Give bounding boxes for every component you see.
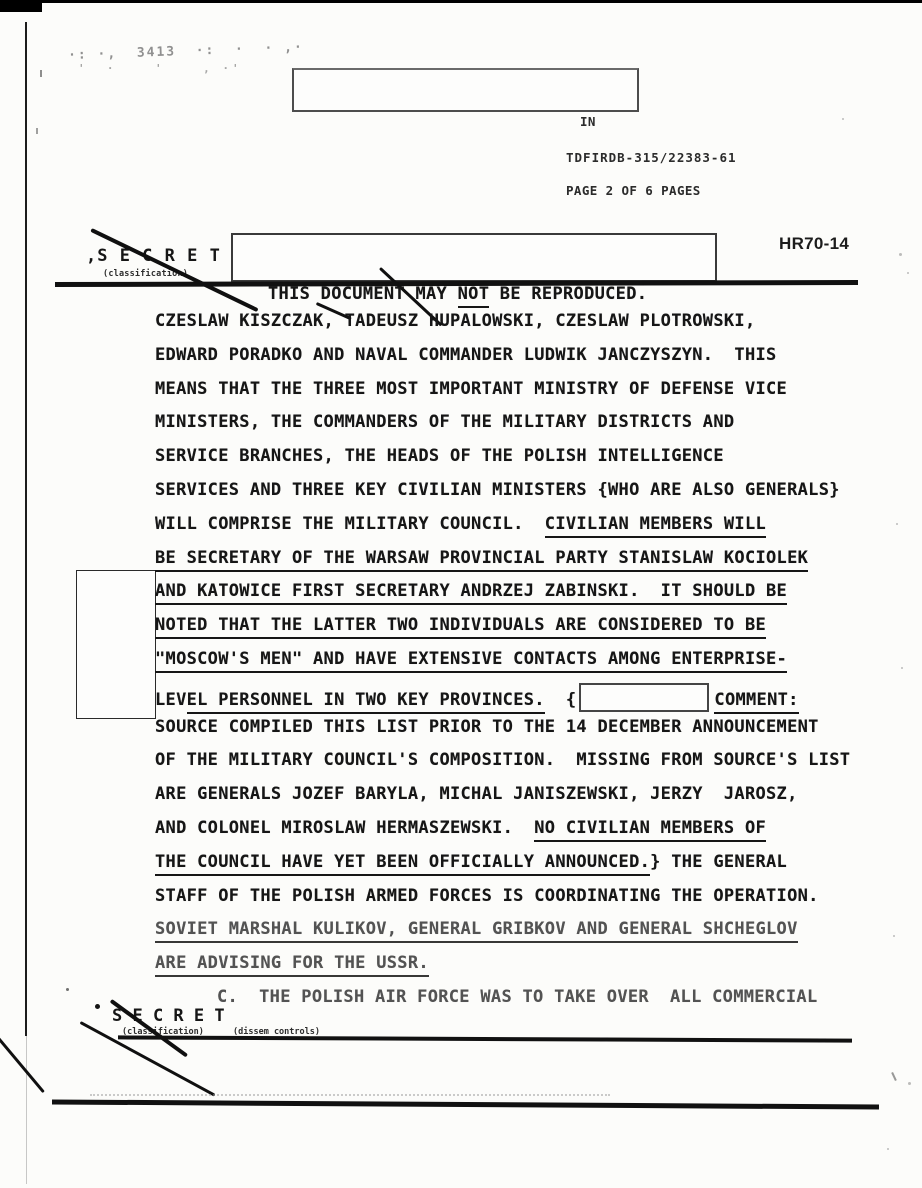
document-line: SERVICES AND THREE KEY CIVILIAN MINISTER…	[155, 480, 840, 500]
text-segment: MINISTERS, THE COMMANDERS OF THE MILITAR…	[155, 412, 734, 432]
underlined-text: COMMENT:	[714, 690, 798, 714]
reproduction-banner: THIS DOCUMENT MAY NOT BE REPRODUCED.	[268, 284, 647, 304]
underlined-text: NOT	[458, 284, 490, 308]
scan-left-margin-line	[25, 22, 27, 1036]
redaction-box-header	[292, 68, 639, 112]
underlined-text: CIVILIAN MEMBERS WILL	[545, 514, 766, 538]
page-count-line: PAGE 2 OF 6 PAGES	[566, 183, 701, 198]
document-line: BE SECRETARY OF THE WARSAW PROVINCIAL PA…	[155, 548, 808, 568]
text-segment: {	[545, 690, 577, 710]
scan-speckle	[842, 118, 844, 120]
text-segment: SERVICES AND THREE KEY CIVILIAN MINISTER…	[155, 480, 840, 500]
document-line: SOVIET MARSHAL KULIKOV, GENERAL GRIBKOV …	[155, 919, 798, 939]
classification-top-label: ,S E C R E T	[86, 246, 221, 266]
redaction-box-margin	[76, 570, 156, 719]
document-line: MEANS THAT THE THREE MOST IMPORTANT MINI…	[155, 379, 787, 399]
scan-stray-mark	[40, 70, 42, 77]
text-segment: EDWARD PORADKO AND NAVAL COMMANDER LUDWI…	[155, 345, 777, 365]
document-line: ARE ADVISING FOR THE USSR.	[155, 953, 429, 973]
underlined-text: THE COUNCIL HAVE YET BEEN OFFICIALLY ANN…	[155, 852, 650, 876]
bottom-rule-line	[52, 1099, 879, 1109]
redaction-box-classification	[231, 233, 717, 282]
document-line: AND COLONEL MIROSLAW HERMASZEWSKI. NO CI…	[155, 818, 766, 838]
document-line: SOURCE COMPILED THIS LIST PRIOR TO THE 1…	[155, 717, 819, 737]
scan-speckle	[907, 272, 909, 274]
faint-dots-mark: ' · ' , ·'	[78, 62, 242, 75]
scan-speckle	[887, 1148, 889, 1150]
inline-redaction-box	[579, 683, 709, 712]
hr-release-stamp: HR70-14	[779, 234, 849, 254]
scan-speckle-row	[90, 1094, 610, 1096]
scan-stray-mark	[36, 128, 38, 134]
text-segment: LEV	[155, 690, 187, 710]
text-segment: SERVICE BRANCHES, THE HEADS OF THE POLIS…	[155, 446, 724, 466]
document-line: AND KATOWICE FIRST SECRETARY ANDRZEJ ZAB…	[155, 581, 787, 601]
scan-speckle	[893, 935, 895, 937]
text-segment: } THE GENERAL	[650, 852, 787, 872]
document-line: WILL COMPRISE THE MILITARY COUNCIL. CIVI…	[155, 514, 766, 534]
underlined-text: EL PERSONNEL IN TWO KEY PROVINCES.	[187, 690, 545, 714]
scan-edge-corner	[0, 0, 42, 12]
strike-line	[0, 1033, 45, 1093]
document-line: MINISTERS, THE COMMANDERS OF THE MILITAR…	[155, 412, 734, 432]
text-segment: C. THE POLISH AIR FORCE WAS TO TAKE OVER…	[217, 987, 818, 1007]
text-segment: OF THE MILITARY COUNCIL'S COMPOSITION. M…	[155, 750, 850, 770]
document-line: NOTED THAT THE LATTER TWO INDIVIDUALS AR…	[155, 615, 766, 635]
underlined-text: AND KATOWICE FIRST SECRETARY ANDRZEJ ZAB…	[155, 581, 787, 605]
underlined-text: ARE ADVISING FOR THE USSR.	[155, 953, 429, 977]
document-line: CZESLAW KISZCZAK, TADEUSZ HUPALOWSKI, CZ…	[155, 311, 756, 331]
in-label: IN	[580, 114, 596, 129]
text-segment: STAFF OF THE POLISH ARMED FORCES IS COOR…	[155, 886, 819, 906]
underlined-text: SOVIET MARSHAL KULIKOV, GENERAL GRIBKOV …	[155, 919, 798, 943]
text-segment: MEANS THAT THE THREE MOST IMPORTANT MINI…	[155, 379, 787, 399]
reference-number: TDFIRDB-315/22383-61	[566, 150, 737, 165]
ink-blot	[66, 988, 69, 991]
scan-left-margin-line-faint	[26, 1036, 27, 1184]
text-segment: ARE GENERALS JOZEF BARYLA, MICHAL JANISZ…	[155, 784, 798, 804]
text-segment: CZESLAW KISZCZAK, TADEUSZ HUPALOWSKI, CZ…	[155, 311, 756, 331]
scan-stray-mark	[891, 1072, 897, 1081]
document-line: SERVICE BRANCHES, THE HEADS OF THE POLIS…	[155, 446, 724, 466]
document-line: C. THE POLISH AIR FORCE WAS TO TAKE OVER…	[217, 987, 818, 1007]
text-segment: THIS DOCUMENT MAY	[268, 284, 458, 304]
scan-speckle	[896, 523, 898, 525]
scan-speckle	[899, 253, 902, 256]
document-line: ARE GENERALS JOZEF BARYLA, MICHAL JANISZ…	[155, 784, 798, 804]
ink-blot	[95, 1004, 100, 1009]
faint-number-mark: ·: ·, 3413 ·: · · ,·	[68, 40, 304, 63]
underlined-text: BE SECRETARY OF THE WARSAW PROVINCIAL PA…	[155, 548, 808, 572]
text-segment: AND COLONEL MIROSLAW HERMASZEWSKI.	[155, 818, 534, 838]
scan-speckle	[901, 667, 903, 669]
document-line: LEVEL PERSONNEL IN TWO KEY PROVINCES. {C…	[155, 683, 799, 712]
document-line: EDWARD PORADKO AND NAVAL COMMANDER LUDWI…	[155, 345, 777, 365]
scan-speckle	[908, 1082, 911, 1085]
underlined-text: NOTED THAT THE LATTER TWO INDIVIDUALS AR…	[155, 615, 766, 639]
text-segment: BE REPRODUCED.	[489, 284, 647, 304]
text-segment: SOURCE COMPILED THIS LIST PRIOR TO THE 1…	[155, 717, 819, 737]
underlined-text: NO CIVILIAN MEMBERS OF	[534, 818, 766, 842]
underlined-text: "MOSCOW'S MEN" AND HAVE EXTENSIVE CONTAC…	[155, 649, 787, 673]
scan-edge-top	[0, 0, 922, 3]
text-segment: WILL COMPRISE THE MILITARY COUNCIL.	[155, 514, 545, 534]
document-line: THE COUNCIL HAVE YET BEEN OFFICIALLY ANN…	[155, 852, 787, 872]
document-line: STAFF OF THE POLISH ARMED FORCES IS COOR…	[155, 886, 819, 906]
scanned-document-page: ·: ·, 3413 ·: · · ,· ' · ' , ·' IN TDFIR…	[0, 0, 922, 1188]
document-line: "MOSCOW'S MEN" AND HAVE EXTENSIVE CONTAC…	[155, 649, 787, 669]
footer-rule-line	[118, 1035, 852, 1042]
document-line: OF THE MILITARY COUNCIL'S COMPOSITION. M…	[155, 750, 850, 770]
